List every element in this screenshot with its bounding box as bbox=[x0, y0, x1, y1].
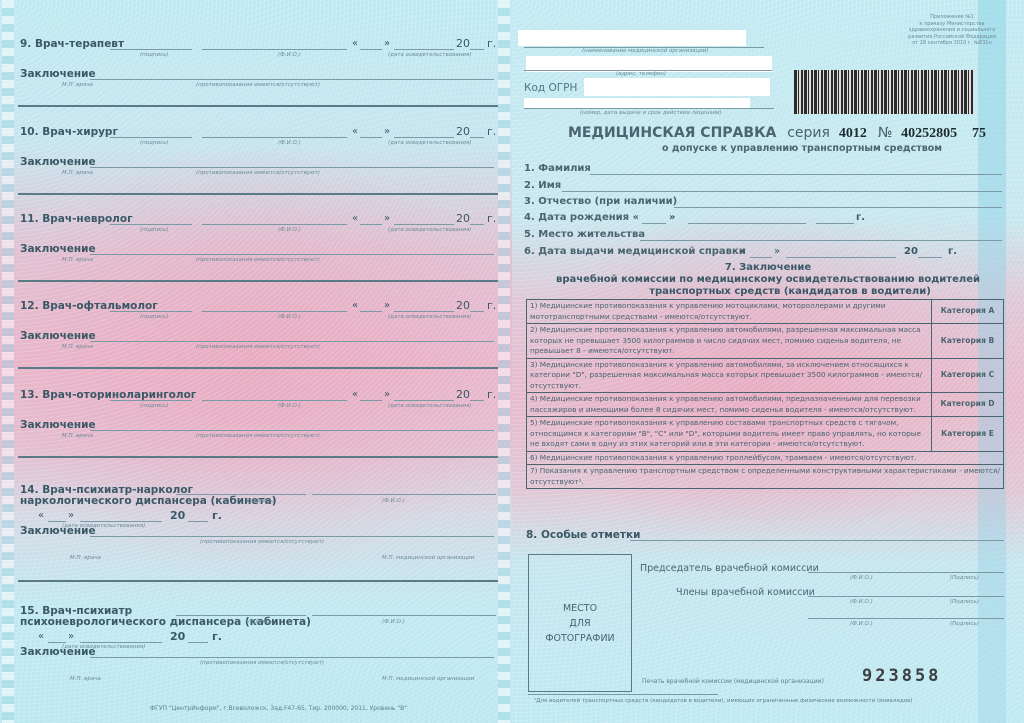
quote-close: » bbox=[68, 631, 74, 642]
contraindication-text: 3) Медицинские противопоказания к управл… bbox=[527, 358, 932, 393]
category-row: 1) Медицинские противопоказания к управл… bbox=[527, 300, 1004, 324]
exam-day-field[interactable] bbox=[360, 137, 382, 138]
chairman-field[interactable] bbox=[808, 572, 1004, 573]
special-marks-label: 8. Особые отметки bbox=[526, 529, 641, 541]
number-label: № bbox=[878, 125, 893, 141]
doctor-stamp-hint: М.П. врача bbox=[62, 257, 93, 263]
number-value: 40252805 bbox=[901, 126, 957, 141]
exam-date-hint: (дата освидетельствования) bbox=[388, 52, 471, 58]
exam-month-field[interactable] bbox=[394, 49, 454, 50]
year-prefix: 20 bbox=[170, 509, 185, 522]
quote-close: » bbox=[384, 213, 390, 224]
doctor-specialty: Врач-хирург bbox=[42, 126, 118, 138]
exam-date-hint: (дата освидетельствования) bbox=[388, 227, 471, 233]
quote-open: « bbox=[352, 389, 358, 400]
photo-placeholder: МЕСТО ДЛЯ ФОТОГРАФИИ bbox=[528, 554, 632, 692]
signature-hint: (подпись) bbox=[140, 403, 169, 409]
conclusion-label: Заключение bbox=[20, 156, 96, 168]
signature-hint: (Подпись) bbox=[950, 621, 979, 627]
fio-field[interactable] bbox=[312, 494, 496, 495]
org-name-field[interactable] bbox=[518, 30, 746, 46]
conclusion-hint: (противопоказания имеются/отсутствуют) bbox=[200, 539, 324, 545]
exam-day-field[interactable] bbox=[360, 49, 382, 50]
special-marks-field[interactable] bbox=[630, 540, 1004, 541]
birth-month-field[interactable] bbox=[688, 223, 806, 224]
category-row: 3) Медицинские противопоказания к управл… bbox=[527, 358, 1004, 393]
signature-field[interactable] bbox=[176, 615, 306, 616]
surname-field[interactable] bbox=[590, 174, 1002, 175]
member2-field[interactable] bbox=[808, 618, 1004, 619]
quote-close: » bbox=[384, 126, 390, 137]
footnote: ¹Для водителей транспортных средств (кан… bbox=[534, 698, 913, 704]
fio-hint: (Ф.И.О.) bbox=[382, 619, 405, 625]
signature-hint: (подпись) bbox=[140, 227, 169, 233]
category-row: 7) Показания к управлению транспортным с… bbox=[527, 465, 1004, 489]
section-divider bbox=[18, 193, 498, 195]
left-page-doctor-exams: 9. Врач-терапевт(подпись)(Ф.И.О.)«»(дата… bbox=[0, 0, 512, 723]
conclusion-field[interactable] bbox=[90, 254, 494, 255]
signature-hint: (Подпись) bbox=[950, 575, 979, 581]
photo-text: ДЛЯ bbox=[569, 616, 590, 631]
conclusion-hint: (противопоказания имеются/отсутствуют) bbox=[196, 433, 320, 439]
exam-day-field[interactable] bbox=[48, 642, 66, 643]
year-prefix: 20 bbox=[456, 388, 470, 401]
name-field[interactable] bbox=[562, 191, 1002, 192]
exam-date-hint: (дата освидетельствования) bbox=[388, 140, 471, 146]
photo-text: МЕСТО bbox=[563, 601, 597, 616]
exam-date-hint: (дата освидетельствования) bbox=[388, 403, 471, 409]
doctor-title: 10. Врач-хирург bbox=[20, 126, 118, 138]
year-prefix: 20 bbox=[456, 37, 470, 50]
ogrn-field[interactable] bbox=[584, 78, 770, 96]
conclusion-field[interactable] bbox=[90, 341, 494, 342]
quote-close: » bbox=[384, 300, 390, 311]
year-suffix: г. bbox=[856, 212, 865, 223]
patronymic-label: 3. Отчество (при наличии) bbox=[524, 196, 677, 207]
patronymic-field[interactable] bbox=[674, 207, 1002, 208]
doctor-number: 13. bbox=[20, 389, 39, 401]
quote-close: » bbox=[68, 510, 74, 521]
exam-year-field[interactable] bbox=[470, 400, 484, 401]
org-stamp-hint: М.П. медицинской организации bbox=[382, 676, 474, 682]
order-note-line: от 28 сентября 2010 г. №831н bbox=[902, 40, 1002, 47]
decorative-border bbox=[498, 0, 510, 723]
doctor-number: 12. bbox=[20, 300, 39, 312]
section7-heading-line2: врачебной комиссии по медицинскому освид… bbox=[512, 274, 1024, 285]
issue-month-field[interactable] bbox=[786, 257, 896, 258]
exam-day-field[interactable] bbox=[360, 400, 382, 401]
year-suffix: г. bbox=[487, 125, 496, 138]
conclusion-hint: (противопоказания имеются/отсутствуют) bbox=[196, 82, 320, 88]
order-note-line: здравоохранения и социального bbox=[902, 27, 1002, 34]
doctor-number: 9. bbox=[20, 38, 31, 50]
conclusion-field[interactable] bbox=[90, 536, 494, 537]
year-prefix: 20 bbox=[456, 299, 470, 312]
quote-open: « bbox=[740, 246, 746, 257]
year-suffix: г. bbox=[487, 37, 496, 50]
exam-year-field[interactable] bbox=[188, 642, 208, 643]
exam-year-field[interactable] bbox=[188, 521, 208, 522]
year-suffix: г. bbox=[487, 212, 496, 225]
quote-open: « bbox=[352, 213, 358, 224]
doctor-institution: наркологического диспансера (кабинета) bbox=[20, 495, 277, 507]
contraindication-text: 5) Медицинские противопоказания к управл… bbox=[527, 417, 932, 452]
signature-hint: (подпись) bbox=[140, 140, 169, 146]
doctor-number: 10. bbox=[20, 126, 39, 138]
certificate-title: МЕДИЦИНСКАЯ СПРАВКА серия 4012 № 4025280… bbox=[568, 125, 986, 142]
barcode bbox=[794, 70, 974, 114]
fio-hint: (Ф.И.О.) bbox=[850, 575, 873, 581]
exam-day-field[interactable] bbox=[360, 311, 382, 312]
section7-heading: 7. Заключение bbox=[512, 262, 1024, 273]
ogrn-label: Код ОГРН bbox=[524, 82, 577, 94]
series-label: серия bbox=[787, 125, 830, 141]
birth-day-field[interactable] bbox=[642, 223, 666, 224]
fio-hint: (Ф.И.О.) bbox=[850, 621, 873, 627]
exam-month-field[interactable] bbox=[394, 400, 454, 401]
exam-date-hint: (дата освидетельствования) bbox=[388, 314, 471, 320]
title-text: МЕДИЦИНСКАЯ СПРАВКА bbox=[568, 125, 776, 141]
birthdate-label: 4. Дата рождения « bbox=[524, 212, 639, 223]
quote-open: « bbox=[352, 126, 358, 137]
members-label: Члены врачебной комиссии bbox=[676, 587, 815, 598]
doctor-stamp-hint: М.П. врача bbox=[62, 170, 93, 176]
year-suffix: г. bbox=[212, 509, 222, 522]
order-note: Приложение №1 к приказу Министерства здр… bbox=[902, 14, 1002, 47]
quote-close: » bbox=[384, 38, 390, 49]
signature-field[interactable] bbox=[176, 494, 306, 495]
exam-month-field[interactable] bbox=[394, 137, 454, 138]
conclusion-hint: (противопоказания имеются/отсутствуют) bbox=[196, 170, 320, 176]
category-label: Категория А bbox=[932, 300, 1004, 324]
fio-hint: (Ф.И.О.) bbox=[278, 227, 301, 233]
signature-hint: (Подпись) bbox=[950, 599, 979, 605]
conclusion-field[interactable] bbox=[90, 430, 494, 431]
license-line bbox=[524, 108, 774, 109]
serial-number: 923858 bbox=[862, 666, 941, 686]
fio-field[interactable] bbox=[202, 400, 347, 401]
exam-month-field[interactable] bbox=[80, 642, 162, 643]
signature-field[interactable] bbox=[110, 137, 192, 138]
category-row: 4) Медицинские противопоказания к управл… bbox=[527, 393, 1004, 417]
doctor-stamp-hint: М.П. врача bbox=[62, 344, 93, 350]
category-label: Категория С bbox=[932, 358, 1004, 393]
doctor-title: 9. Врач-терапевт bbox=[20, 38, 124, 50]
residence-label: 5. Место жительства bbox=[524, 229, 645, 240]
quote-open: « bbox=[352, 300, 358, 311]
contraindication-text: 7) Показания к управлению транспортным с… bbox=[527, 465, 1004, 489]
signature-field[interactable] bbox=[110, 400, 192, 401]
org-stamp-hint: М.П. медицинской организации bbox=[382, 555, 474, 561]
residence-field[interactable] bbox=[640, 240, 1002, 241]
contraindication-text: 1) Медицинские противопоказания к управл… bbox=[527, 300, 932, 324]
conclusion-label: Заключение bbox=[20, 68, 96, 80]
conclusion-label: Заключение bbox=[20, 525, 96, 537]
year-suffix: г. bbox=[487, 388, 496, 401]
contraindication-text: 6) Медицинские противопоказания к управл… bbox=[527, 451, 1004, 465]
surname-label: 1. Фамилия bbox=[524, 163, 591, 174]
org-name-hint: (наименование медицинской организации) bbox=[582, 48, 709, 54]
conclusion-hint: (противопоказания имеются/отсутствуют) bbox=[196, 257, 320, 263]
conclusion-label: Заключение bbox=[20, 243, 96, 255]
contraindication-text: 4) Медицинские противопоказания к управл… bbox=[527, 393, 932, 417]
conclusion-field[interactable] bbox=[90, 167, 494, 168]
category-label: Категория Е bbox=[932, 417, 1004, 452]
category-row: 5) Медицинские противопоказания к управл… bbox=[527, 417, 1004, 452]
signature-field[interactable] bbox=[110, 311, 192, 312]
printer-footer: ФГУП "ЦентрИнформ", г.Всеволожск, Зад.F4… bbox=[150, 705, 407, 712]
conclusion-field[interactable] bbox=[90, 79, 494, 80]
issue-year-field[interactable] bbox=[918, 257, 942, 258]
exam-year-field[interactable] bbox=[470, 224, 484, 225]
section-divider bbox=[18, 367, 498, 369]
footnote-divider bbox=[528, 694, 718, 695]
right-page-certificate: Приложение №1 к приказу Министерства здр… bbox=[512, 0, 1024, 723]
number-suffix: 75 bbox=[972, 126, 986, 141]
year-prefix: 20 bbox=[904, 246, 918, 257]
name-label: 2. Имя bbox=[524, 180, 561, 191]
year-prefix: 20 bbox=[456, 212, 470, 225]
exam-day-field[interactable] bbox=[360, 224, 382, 225]
section-divider bbox=[18, 580, 498, 582]
year-suffix: г. bbox=[948, 246, 957, 257]
license-hint: (номер, дата выдачи и срок действия лице… bbox=[580, 110, 722, 116]
stamp-label: Печать врачебной комиссии (медицинской о… bbox=[642, 678, 824, 685]
exam-month-field[interactable] bbox=[80, 521, 162, 522]
issue-day-field[interactable] bbox=[750, 257, 772, 258]
year-prefix: 20 bbox=[456, 125, 470, 138]
fio-hint: (Ф.И.О.) bbox=[382, 498, 405, 504]
fio-field[interactable] bbox=[202, 311, 347, 312]
section-divider bbox=[18, 456, 498, 458]
chairman-label: Председатель врачебной комиссии bbox=[640, 563, 819, 574]
license-field[interactable] bbox=[524, 98, 750, 108]
section7-heading-line3: транспортных средств (кандидатов в водит… bbox=[534, 286, 1024, 297]
signature-hint: (подпись) bbox=[140, 52, 169, 58]
quote-open: « bbox=[352, 38, 358, 49]
fio-hint: (Ф.И.О.) bbox=[850, 599, 873, 605]
section-divider bbox=[18, 280, 498, 282]
signature-hint: (подпись) bbox=[246, 619, 275, 625]
year-suffix: г. bbox=[487, 299, 496, 312]
fio-hint: (Ф.И.О.) bbox=[278, 140, 301, 146]
fio-field[interactable] bbox=[202, 49, 347, 50]
issue-date-label: 6. Дата выдачи медицинской справки bbox=[524, 246, 746, 257]
conclusion-hint: (противопоказания имеются/отсутствуют) bbox=[196, 344, 320, 350]
fio-field[interactable] bbox=[202, 137, 347, 138]
year-suffix: г. bbox=[212, 630, 222, 643]
signature-hint: (подпись) bbox=[246, 498, 275, 504]
conclusion-label: Заключение bbox=[20, 419, 96, 431]
quote-open: « bbox=[38, 510, 44, 521]
year-prefix: 20 bbox=[170, 630, 185, 643]
quote-close: » bbox=[669, 212, 675, 223]
conclusion-hint: (противопоказания имеются/отсутствуют) bbox=[200, 660, 324, 666]
quote-open: « bbox=[38, 631, 44, 642]
category-row: 2) Медицинские противопоказания к управл… bbox=[527, 324, 1004, 359]
doctor-stamp-hint: М.П. врача bbox=[70, 676, 101, 682]
doctor-number: 11. bbox=[20, 213, 39, 225]
quote-close: » bbox=[774, 246, 780, 257]
doctor-stamp-hint: М.П. врача bbox=[62, 433, 93, 439]
decorative-border bbox=[2, 0, 14, 723]
exam-month-field[interactable] bbox=[394, 224, 454, 225]
conclusion-label: Заключение bbox=[20, 330, 96, 342]
categories-table: 1) Медицинские противопоказания к управл… bbox=[526, 299, 1004, 489]
fio-hint: (Ф.И.О.) bbox=[278, 52, 301, 58]
member1-field[interactable] bbox=[808, 596, 1004, 597]
exam-year-field[interactable] bbox=[470, 137, 484, 138]
address-hint: (адрес, телефон) bbox=[616, 71, 666, 77]
fio-hint: (Ф.И.О.) bbox=[278, 403, 301, 409]
fio-hint: (Ф.И.О.) bbox=[278, 314, 301, 320]
category-label: Категория В bbox=[932, 324, 1004, 359]
fio-field[interactable] bbox=[202, 224, 347, 225]
conclusion-field[interactable] bbox=[90, 657, 494, 658]
category-label: Категория D bbox=[932, 393, 1004, 417]
certificate-subtitle: о допуске к управлению транспортным сред… bbox=[662, 143, 942, 154]
conclusion-label: Заключение bbox=[20, 646, 96, 658]
series-value: 4012 bbox=[839, 126, 867, 141]
exam-year-field[interactable] bbox=[470, 49, 484, 50]
exam-year-field[interactable] bbox=[470, 311, 484, 312]
birth-year-field[interactable] bbox=[816, 223, 854, 224]
section-divider bbox=[18, 105, 498, 107]
signature-hint: (подпись) bbox=[140, 314, 169, 320]
doctor-stamp-hint: М.П. врача bbox=[62, 82, 93, 88]
exam-month-field[interactable] bbox=[394, 311, 454, 312]
photo-text: ФОТОГРАФИИ bbox=[545, 631, 614, 646]
contraindication-text: 2) Медицинские противопоказания к управл… bbox=[527, 324, 932, 359]
doctor-stamp-hint: М.П. врача bbox=[70, 555, 101, 561]
fio-field[interactable] bbox=[312, 615, 496, 616]
exam-day-field[interactable] bbox=[48, 521, 66, 522]
quote-close: » bbox=[384, 389, 390, 400]
signature-field[interactable] bbox=[110, 224, 192, 225]
signature-field[interactable] bbox=[110, 49, 192, 50]
category-row: 6) Медицинские противопоказания к управл… bbox=[527, 451, 1004, 465]
